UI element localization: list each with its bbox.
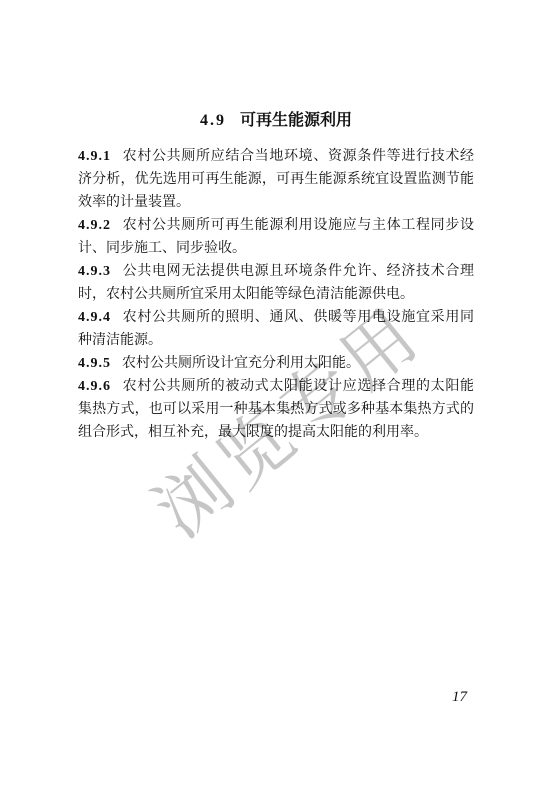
page-number: 17	[452, 689, 467, 706]
body-line: 4.9.1农村公共厕所应结合当地环境、资源条件等进行技术经	[78, 145, 474, 168]
body-line: 组合形式，相互补充，最大限度的提高太阳能的利用率。	[78, 421, 474, 444]
clause-number: 4.9.6	[78, 379, 111, 394]
body-paragraphs: 4.9.1农村公共厕所应结合当地环境、资源条件等进行技术经济分析，优先选用可再生…	[78, 145, 474, 444]
body-line: 种清洁能源。	[78, 329, 474, 352]
body-line: 济分析，优先选用可再生能源，可再生能源系统宜设置监测节能	[78, 168, 474, 191]
body-line: 效率的计量装置。	[78, 191, 474, 214]
body-line: 4.9.4农村公共厕所的照明、通风、供暖等用电设施宜采用同	[78, 306, 474, 329]
section-title: 可再生能源利用	[240, 112, 352, 129]
body-line: 4.9.3公共电网无法提供电源且环境条件允许、经济技术合理	[78, 260, 474, 283]
section-heading: 4.9可再生能源利用	[78, 110, 474, 132]
section-number: 4.9	[200, 112, 226, 129]
clause-number: 4.9.5	[78, 356, 111, 371]
body-line: 4.9.5农村公共厕所设计宜充分利用太阳能。	[78, 352, 474, 375]
clause-number: 4.9.4	[78, 310, 111, 325]
body-line: 时，农村公共厕所宜采用太阳能等绿色清洁能源供电。	[78, 283, 474, 306]
body-line: 4.9.6农村公共厕所的被动式太阳能设计应选择合理的太阳能	[78, 375, 474, 398]
clause-number: 4.9.3	[78, 264, 111, 279]
document-page: 浏览专用 4.9可再生能源利用 4.9.1农村公共厕所应结合当地环境、资源条件等…	[0, 0, 551, 790]
body-line: 4.9.2农村公共厕所可再生能源利用设施应与主体工程同步设	[78, 214, 474, 237]
clause-number: 4.9.1	[78, 149, 111, 164]
body-line: 计、同步施工、同步验收。	[78, 237, 474, 260]
body-line: 集热方式，也可以采用一种基本集热方式或多种基本集热方式的	[78, 398, 474, 421]
clause-number: 4.9.2	[78, 218, 111, 233]
